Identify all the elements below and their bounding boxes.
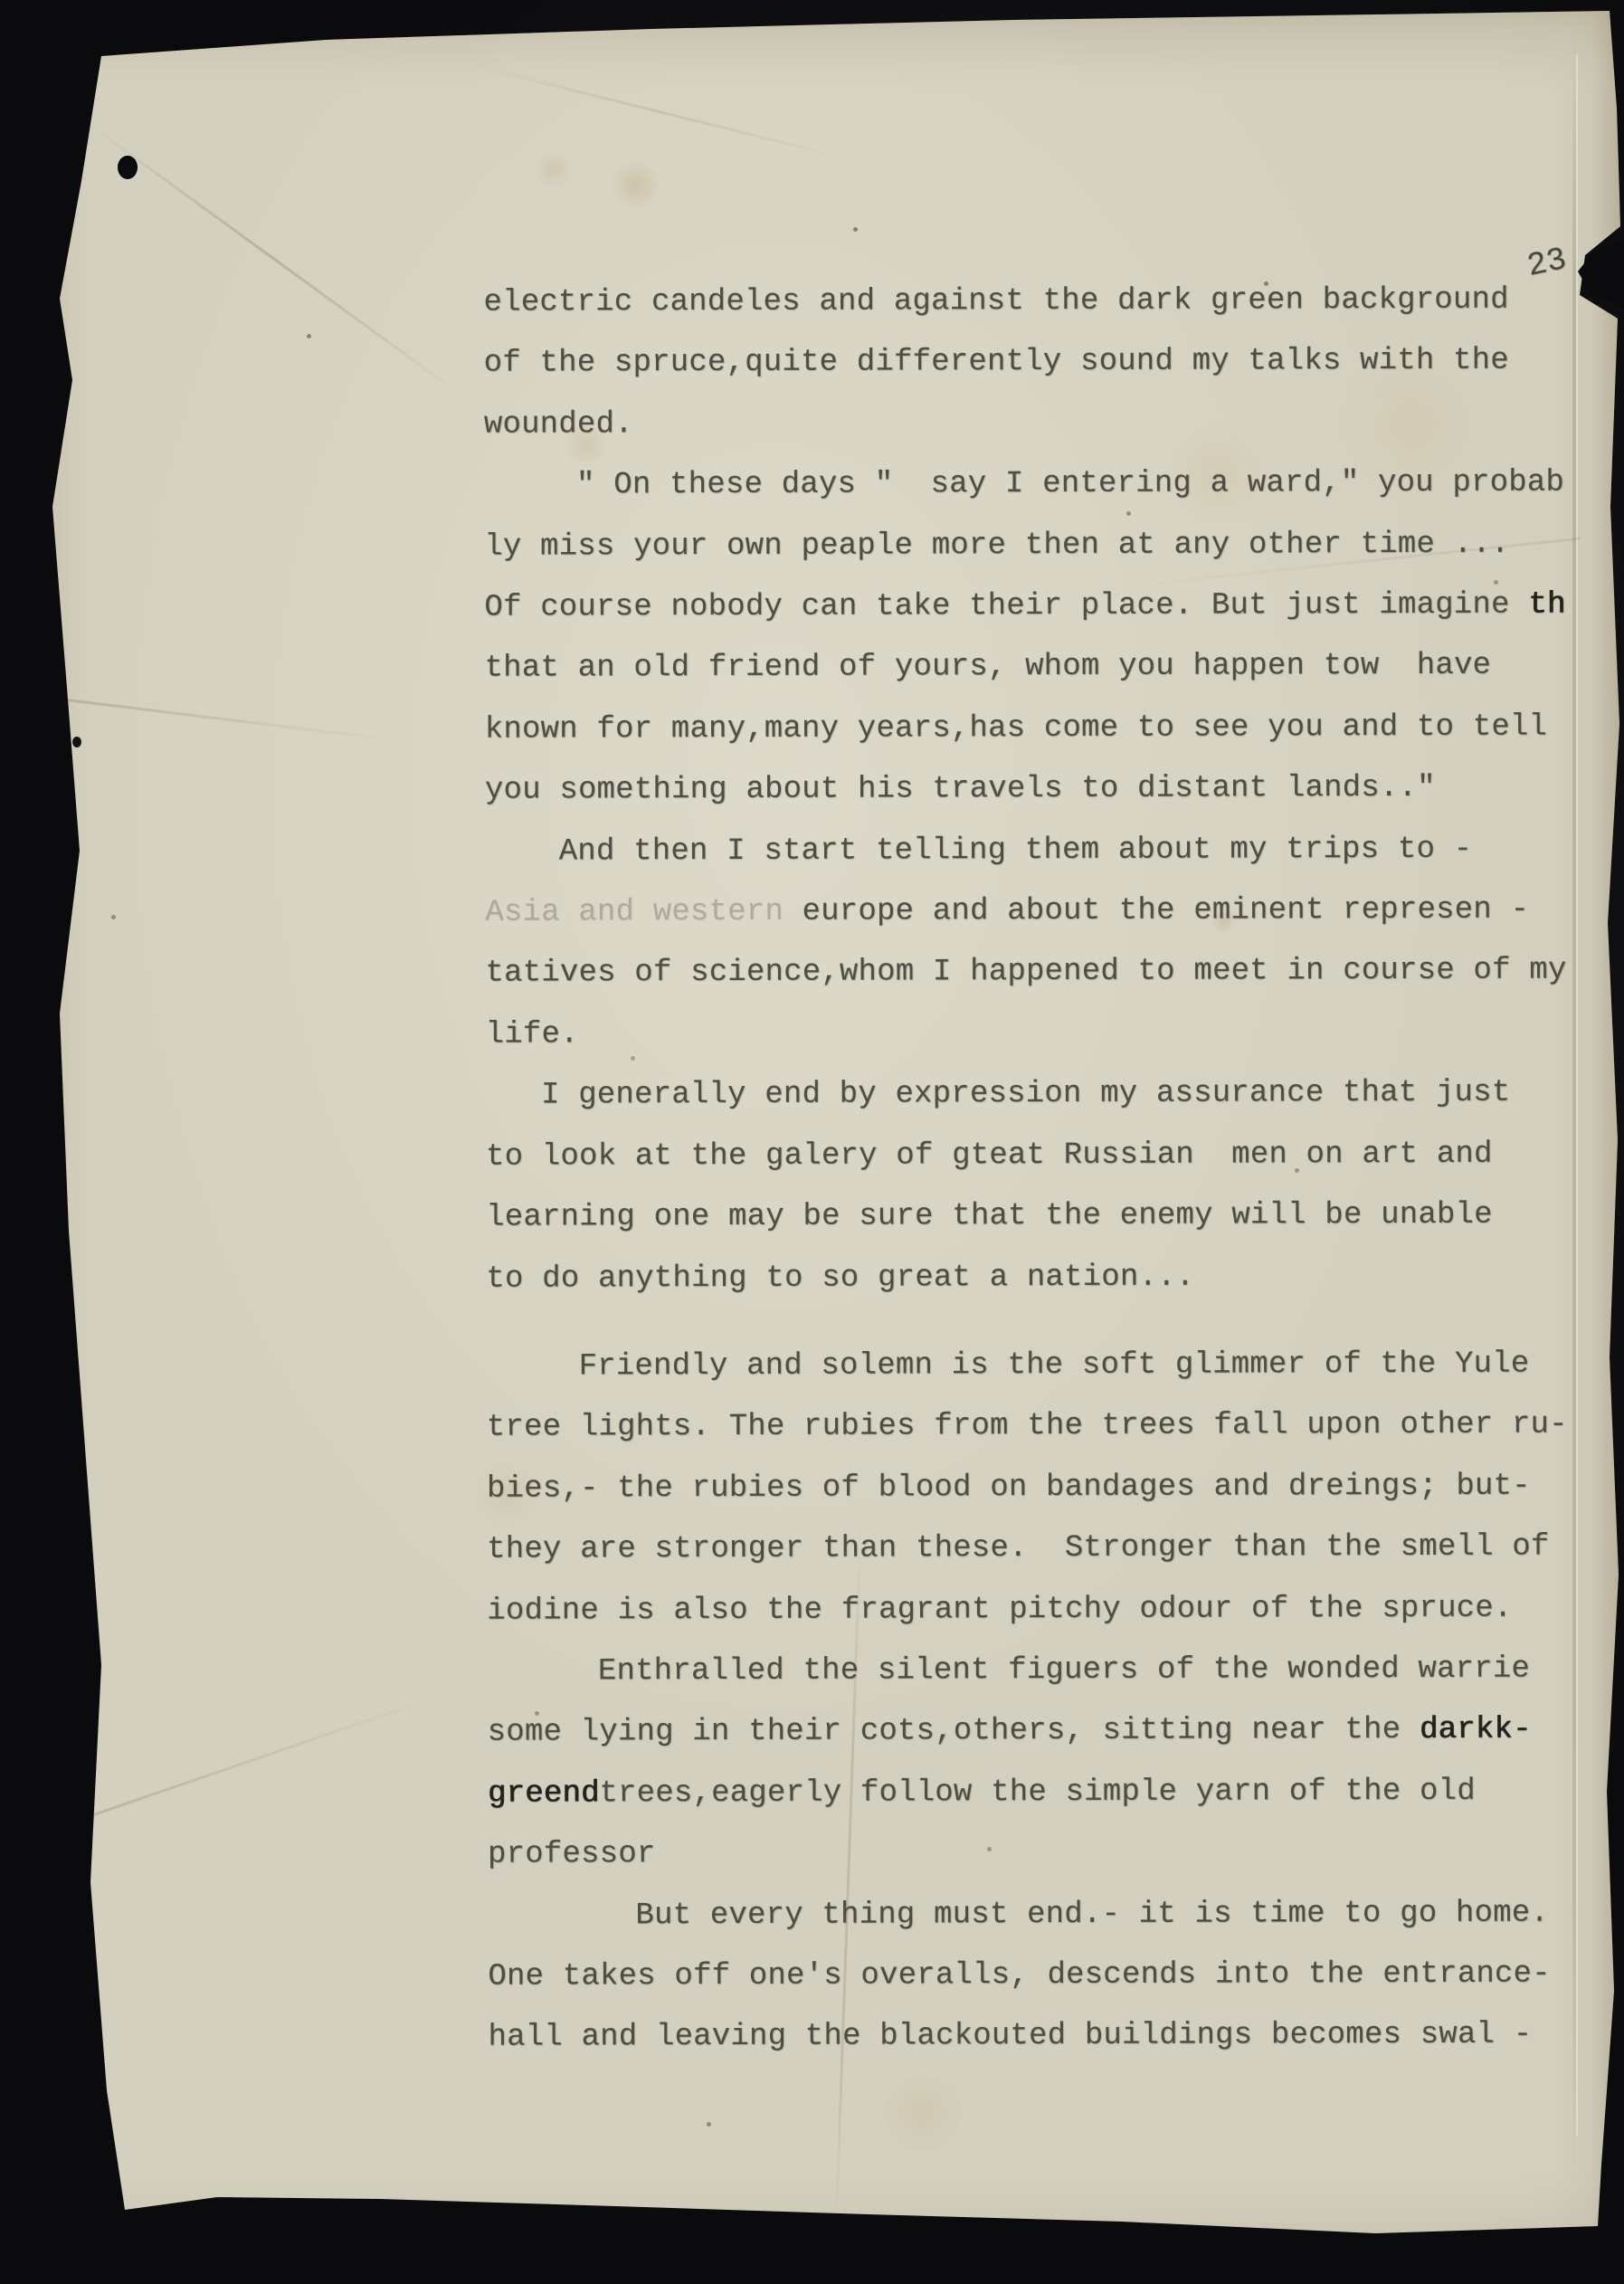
- line-segment: Friendly and solemn is the soft glimmer …: [579, 1347, 1530, 1385]
- typed-line-5: ly miss your own peaple more then at any…: [484, 514, 1622, 578]
- line-segment: tatives of science,whom I happened to me…: [485, 954, 1566, 991]
- paper-crease: [470, 63, 849, 160]
- typed-line-24: some lying in their cots,others, sitting…: [488, 1700, 1624, 1765]
- photo-background: 23 electric candeles and against the dar…: [0, 0, 1624, 2284]
- line-segment: known for many,many years,has come to se…: [485, 709, 1547, 747]
- typed-line-29: hall and leaving the blackouted building…: [488, 2005, 1624, 2070]
- typed-line-3: wounded.: [484, 392, 1622, 456]
- line-segment: to do anything to so great a nation...: [486, 1260, 1194, 1296]
- typed-text-block: electric candeles and against the dark g…: [483, 270, 1624, 2069]
- line-segment: you something about his travels to dista…: [485, 771, 1436, 808]
- line-segment: darkk-: [1420, 1713, 1532, 1747]
- typed-line-2: of the spruce,quite differently sound my…: [484, 331, 1622, 395]
- line-segment: tree lights. The rubies from the trees f…: [487, 1408, 1568, 1445]
- typed-line-19: tree lights. The rubies from the trees f…: [487, 1395, 1624, 1460]
- line-segment: electric candeles and against the dark g…: [483, 283, 1508, 320]
- typed-line-12: tatives of science,whom I happened to me…: [485, 941, 1623, 1005]
- typed-line-27: But every thing must end.- it is time to…: [488, 1883, 1624, 1947]
- line-segment: bies,- the rubies of blood on bandages a…: [487, 1469, 1531, 1506]
- line-segment: Enthralled the silent figuers of the won…: [598, 1652, 1530, 1689]
- line-segment: ly miss your own peaple more then at any…: [484, 527, 1509, 564]
- line-segment: some lying in their cots,others, sitting…: [488, 1713, 1420, 1750]
- paper-crease: [78, 1692, 447, 1822]
- line-segment: learning one may be sure that the enemy …: [486, 1198, 1493, 1235]
- typed-line-13: life.: [486, 1002, 1624, 1066]
- typed-line-25: greendtrees,eagerly follow the simple ya…: [488, 1761, 1624, 1825]
- paper-crease: [52, 697, 394, 741]
- punch-hole: [118, 156, 138, 179]
- typed-line-26: professor: [488, 1822, 1624, 1887]
- typed-line-15: to look at the galery of gteat Russian m…: [486, 1124, 1624, 1188]
- paper-sheet: 23 electric candeles and against the dar…: [0, 0, 1624, 2284]
- typed-line-9: you something about his travels to dista…: [485, 758, 1623, 823]
- line-segment: of the spruce,quite differently sound my…: [484, 344, 1509, 381]
- typed-line-7: that an old friend of yours, whom you ha…: [484, 636, 1622, 700]
- line-segment: europe and about the eminent represen -: [802, 893, 1529, 929]
- typed-line-21: they are stronger than these. Stronger t…: [487, 1517, 1624, 1581]
- typed-line-10: And then I start telling them about my t…: [485, 819, 1623, 883]
- line-segment: " On these days " say I entering a ward,…: [576, 466, 1564, 503]
- line-segment: life.: [486, 1017, 579, 1052]
- line-segment: Of course nobody can take their place. B…: [484, 588, 1528, 625]
- typed-line-4: " On these days " say I entering a ward,…: [484, 453, 1622, 518]
- typed-line-1: electric candeles and against the dark g…: [483, 270, 1621, 334]
- line-segment: to look at the galery of gteat Russian m…: [486, 1137, 1493, 1174]
- line-segment: that an old friend of yours, whom you ha…: [484, 649, 1491, 686]
- line-segment: iodine is also the fragrant pitchy odour…: [487, 1591, 1512, 1628]
- line-segment: Asia and western: [485, 895, 802, 930]
- line-segment: wounded.: [484, 407, 633, 442]
- line-segment: greend: [488, 1776, 600, 1811]
- line-segment: trees,eagerly follow the simple yarn of …: [599, 1775, 1475, 1812]
- typed-line-16: learning one may be sure that the enemy …: [486, 1185, 1624, 1249]
- line-segment: th: [1528, 588, 1565, 623]
- typed-line-11: Asia and western europe and about the em…: [485, 880, 1623, 944]
- typed-line-28: One takes off one's overalls, descends i…: [488, 1944, 1624, 2008]
- line-segment: professor: [488, 1837, 656, 1871]
- typed-line-17: to do anything to so great a nation...: [486, 1246, 1624, 1310]
- typed-line-8: known for many,many years,has come to se…: [485, 697, 1623, 761]
- typed-line-22: iodine is also the fragrant pitchy odour…: [487, 1578, 1624, 1642]
- typed-line-18: Friendly and solemn is the soft glimmer …: [486, 1334, 1624, 1398]
- paper-crease: [81, 118, 462, 396]
- typed-line-23: Enthralled the silent figuers of the won…: [487, 1639, 1624, 1703]
- typed-line-14: I generally end by expression my assuran…: [486, 1063, 1624, 1128]
- paper-speckles: [0, 0, 3, 3]
- line-segment: hall and leaving the blackouted building…: [488, 2018, 1532, 2055]
- line-segment: they are stronger than these. Stronger t…: [487, 1530, 1549, 1567]
- line-segment: But every thing must end.- it is time to…: [635, 1896, 1549, 1933]
- typed-line-20: bies,- the rubies of blood on bandages a…: [487, 1456, 1624, 1520]
- typed-line-6: Of course nobody can take their place. B…: [484, 575, 1622, 639]
- paper-edge-dot: [72, 737, 81, 747]
- line-segment: I generally end by expression my assuran…: [541, 1076, 1510, 1113]
- line-segment: And then I start telling them about my t…: [559, 832, 1473, 869]
- line-segment: One takes off one's overalls, descends i…: [488, 1957, 1550, 1994]
